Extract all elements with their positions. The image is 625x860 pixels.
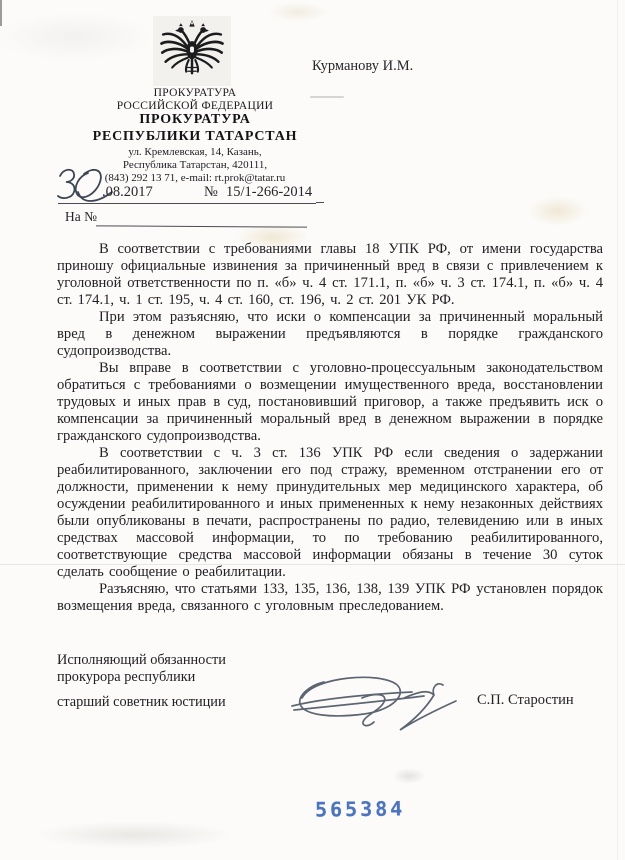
scan-edge-artifact: [0, 0, 2, 26]
signer-title-line1: Исполняющий обязанности: [57, 652, 226, 669]
body-paragraph: Вы вправе в соответствии с уголовно-проц…: [57, 360, 603, 445]
paper-smudge: [392, 768, 426, 784]
signer-name: С.П. Старостин: [477, 692, 574, 709]
signer-title: Исполняющий обязанности прокурора респуб…: [57, 652, 226, 686]
paper-stain: [268, 2, 328, 22]
number-sign: №: [204, 184, 218, 201]
paper-smudge: [0, 14, 150, 60]
scan-edge-shadow: [617, 0, 618, 860]
scanned-letter-page: ПРОКУРАТУРА РОССИЙСКОЙ ФЕДЕРАЦИИ ПРОКУРА…: [0, 0, 625, 860]
org-name-regional-line1: ПРОКУРАТУРА: [74, 112, 316, 129]
date-printed: .08.2017: [102, 184, 153, 201]
signer-title-line2: прокурора республики: [57, 669, 226, 686]
letter-body: В соответствии с требованиями главы 18 У…: [57, 241, 603, 615]
org-name-federal: ПРОКУРАТУРА РОССИЙСКОЙ ФЕДЕРАЦИИ: [74, 87, 316, 113]
form-line-tick: [316, 202, 324, 203]
erased-text-smudge: [310, 96, 344, 98]
registration-stamp-number: 565384: [315, 797, 405, 822]
handwritten-signature: [284, 668, 484, 748]
body-paragraph: Разъясняю, что статьями 133, 135, 136, 1…: [57, 581, 603, 615]
addressee-name: Курманову И.М.: [312, 58, 413, 75]
reply-to-blank-line: [96, 225, 307, 227]
org-name-regional-line2: РЕСПУБЛИКИ ТАТАРСТАН: [74, 129, 316, 146]
paper-smudge: [40, 822, 230, 848]
org-name-regional: ПРОКУРАТУРА РЕСПУБЛИКИ ТАТАРСТАН: [74, 112, 316, 145]
body-paragraph: В соответствии с ч. 3 ст. 136 УПК РФ есл…: [57, 445, 603, 581]
reply-to-label: На №: [65, 209, 97, 225]
signer-rank: старший советник юстиции: [57, 694, 226, 711]
body-paragraph: При этом разъясняю, что иски о компенсац…: [57, 309, 603, 360]
body-paragraph: В соответствии с требованиями главы 18 У…: [57, 241, 603, 309]
reference-line: .08.2017 № 15/1-266-2014: [58, 183, 316, 204]
org-address-line: ул. Кремлевская, 14, Казань,: [74, 146, 316, 159]
coat-of-arms-box: [153, 16, 231, 86]
org-name-federal-line1: ПРОКУРАТУРА: [74, 87, 316, 100]
paper-stain: [528, 196, 588, 226]
outgoing-number: 15/1-266-2014: [226, 184, 312, 201]
double-headed-eagle-icon: [159, 20, 225, 82]
